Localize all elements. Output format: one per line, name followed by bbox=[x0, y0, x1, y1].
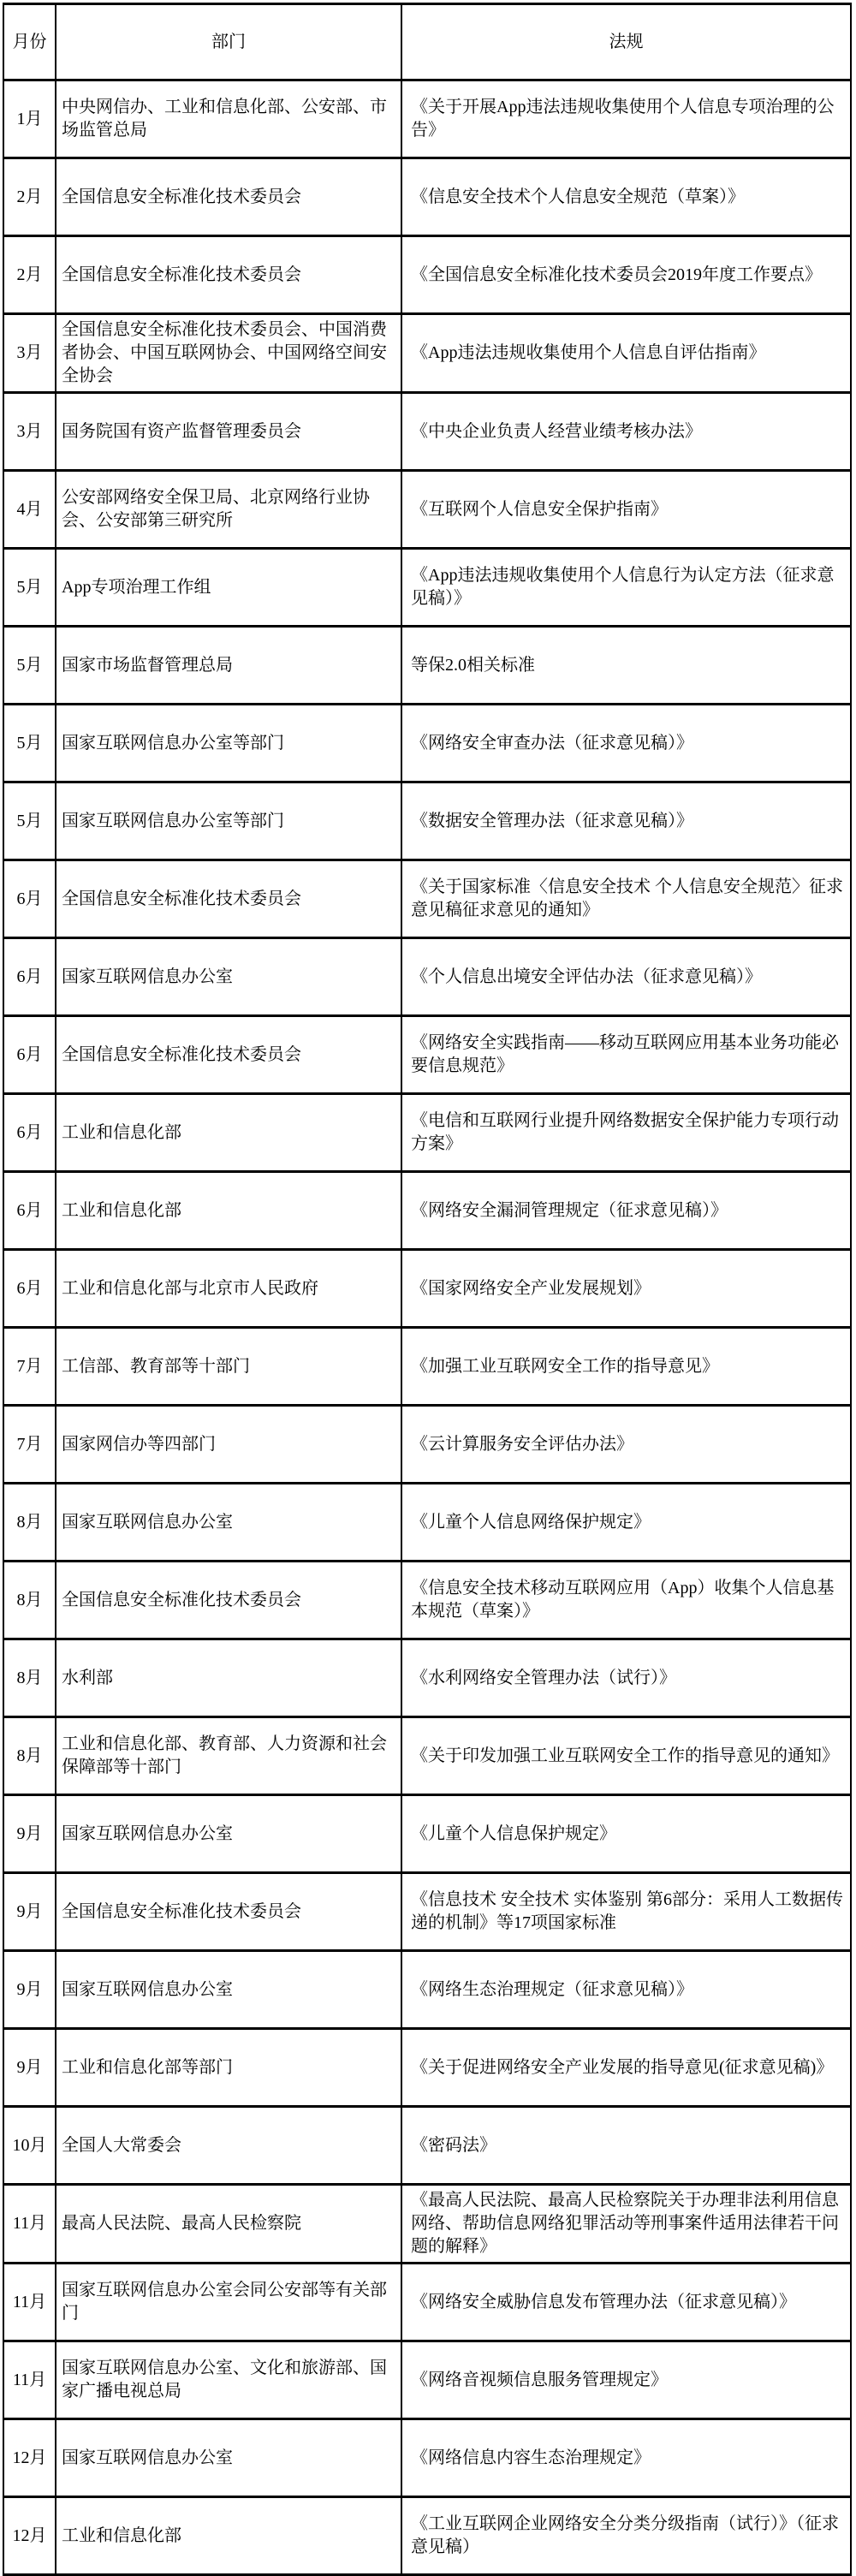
cell-regulation: 《关于印发加强工业互联网安全工作的指导意见的通知》 bbox=[401, 1717, 851, 1795]
cell-month: 2月 bbox=[3, 158, 56, 236]
cell-regulation: 《电信和互联网行业提升网络数据安全保护能力专项行动方案》 bbox=[401, 1094, 851, 1172]
table-row: 6月国家互联网信息办公室《个人信息出境安全评估办法（征求意见稿）》 bbox=[3, 938, 851, 1016]
table-row: 6月工业和信息化部与北京市人民政府《国家网络安全产业发展规划》 bbox=[3, 1250, 851, 1328]
cell-regulation: 《儿童个人信息网络保护规定》 bbox=[401, 1484, 851, 1562]
cell-month: 3月 bbox=[3, 393, 56, 471]
cell-month: 5月 bbox=[3, 782, 56, 860]
cell-month: 9月 bbox=[3, 1873, 56, 1951]
cell-month: 3月 bbox=[3, 314, 56, 393]
cell-department: 国家互联网信息办公室 bbox=[56, 1951, 401, 2029]
cell-month: 10月 bbox=[3, 2107, 56, 2185]
cell-regulation: 《信息安全技术移动互联网应用（App）收集个人信息基本规范（草案）》 bbox=[401, 1562, 851, 1639]
cell-month: 11月 bbox=[3, 2264, 56, 2341]
table-row: 4月公安部网络安全保卫局、北京网络行业协会、公安部第三研究所《互联网个人信息安全… bbox=[3, 471, 851, 549]
table-row: 5月国家市场监督管理总局等保2.0相关标准 bbox=[3, 627, 851, 705]
cell-month: 8月 bbox=[3, 1562, 56, 1639]
cell-month: 5月 bbox=[3, 627, 56, 705]
column-header-month: 月份 bbox=[3, 4, 56, 80]
table-row: 8月国家互联网信息办公室《儿童个人信息网络保护规定》 bbox=[3, 1484, 851, 1562]
table-body: 1月中央网信办、工业和信息化部、公安部、市场监管总局《关于开展App违法违规收集… bbox=[3, 80, 851, 2575]
cell-department: 国家网信办等四部门 bbox=[56, 1406, 401, 1484]
cell-month: 11月 bbox=[3, 2341, 56, 2419]
cell-month: 5月 bbox=[3, 705, 56, 782]
cell-regulation: 《网络安全威胁信息发布管理办法（征求意见稿）》 bbox=[401, 2264, 851, 2341]
cell-month: 2月 bbox=[3, 236, 56, 314]
table-row: 7月工信部、教育部等十部门《加强工业互联网安全工作的指导意见》 bbox=[3, 1328, 851, 1406]
cell-regulation: 《密码法》 bbox=[401, 2107, 851, 2185]
cell-regulation: 《网络安全审查办法（征求意见稿）》 bbox=[401, 705, 851, 782]
cell-month: 6月 bbox=[3, 1016, 56, 1094]
cell-department: 国家互联网信息办公室等部门 bbox=[56, 782, 401, 860]
table-row: 12月国家互联网信息办公室《网络信息内容生态治理规定》 bbox=[3, 2419, 851, 2497]
cell-month: 9月 bbox=[3, 2029, 56, 2107]
table-row: 7月国家网信办等四部门《云计算服务安全评估办法》 bbox=[3, 1406, 851, 1484]
cell-regulation: 《水利网络安全管理办法（试行）》 bbox=[401, 1639, 851, 1717]
cell-month: 7月 bbox=[3, 1406, 56, 1484]
cell-department: App专项治理工作组 bbox=[56, 549, 401, 627]
cell-month: 6月 bbox=[3, 860, 56, 938]
table-row: 5月国家互联网信息办公室等部门《数据安全管理办法（征求意见稿）》 bbox=[3, 782, 851, 860]
cell-department: 公安部网络安全保卫局、北京网络行业协会、公安部第三研究所 bbox=[56, 471, 401, 549]
table-row: 1月中央网信办、工业和信息化部、公安部、市场监管总局《关于开展App违法违规收集… bbox=[3, 80, 851, 158]
cell-regulation: 《关于国家标准〈信息安全技术 个人信息安全规范〉征求意见稿征求意见的通知》 bbox=[401, 860, 851, 938]
cell-month: 6月 bbox=[3, 1172, 56, 1250]
table-row: 8月工业和信息化部、教育部、人力资源和社会保障部等十部门《关于印发加强工业互联网… bbox=[3, 1717, 851, 1795]
cell-month: 9月 bbox=[3, 1951, 56, 2029]
cell-department: 国家市场监督管理总局 bbox=[56, 627, 401, 705]
table-row: 11月最高人民法院、最高人民检察院《最高人民法院、最高人民检察院关于办理非法利用… bbox=[3, 2185, 851, 2264]
cell-department: 国务院国有资产监督管理委员会 bbox=[56, 393, 401, 471]
cell-regulation: 《关于促进网络安全产业发展的指导意见(征求意见稿)》 bbox=[401, 2029, 851, 2107]
cell-regulation: 《云计算服务安全评估办法》 bbox=[401, 1406, 851, 1484]
column-header-department: 部门 bbox=[56, 4, 401, 80]
cell-regulation: 《工业互联网企业网络安全分类分级指南（试行）》（征求意见稿） bbox=[401, 2497, 851, 2575]
cell-regulation: 《儿童个人信息保护规定》 bbox=[401, 1795, 851, 1873]
header-row: 月份 部门 法规 bbox=[3, 4, 851, 80]
table-row: 5月国家互联网信息办公室等部门《网络安全审查办法（征求意见稿）》 bbox=[3, 705, 851, 782]
table-row: 9月国家互联网信息办公室《儿童个人信息保护规定》 bbox=[3, 1795, 851, 1873]
cell-month: 1月 bbox=[3, 80, 56, 158]
cell-department: 国家互联网信息办公室 bbox=[56, 2419, 401, 2497]
cell-month: 4月 bbox=[3, 471, 56, 549]
cell-regulation: 《网络信息内容生态治理规定》 bbox=[401, 2419, 851, 2497]
cell-department: 全国信息安全标准化技术委员会 bbox=[56, 1562, 401, 1639]
cell-regulation: 《加强工业互联网安全工作的指导意见》 bbox=[401, 1328, 851, 1406]
cell-regulation: 《个人信息出境安全评估办法（征求意见稿）》 bbox=[401, 938, 851, 1016]
cell-department: 国家互联网信息办公室 bbox=[56, 1484, 401, 1562]
cell-month: 8月 bbox=[3, 1484, 56, 1562]
cell-month: 6月 bbox=[3, 1094, 56, 1172]
table-row: 12月工业和信息化部《工业互联网企业网络安全分类分级指南（试行）》（征求意见稿） bbox=[3, 2497, 851, 2575]
regulations-table: 月份 部门 法规 1月中央网信办、工业和信息化部、公安部、市场监管总局《关于开展… bbox=[3, 3, 852, 2576]
cell-regulation: 《信息技术 安全技术 实体鉴别 第6部分：采用人工数据传递的机制》等17项国家标… bbox=[401, 1873, 851, 1951]
table-header: 月份 部门 法规 bbox=[3, 4, 851, 80]
cell-department: 中央网信办、工业和信息化部、公安部、市场监管总局 bbox=[56, 80, 401, 158]
table-row: 8月水利部《水利网络安全管理办法（试行）》 bbox=[3, 1639, 851, 1717]
table-row: 5月App专项治理工作组《App违法违规收集使用个人信息行为认定方法（征求意见稿… bbox=[3, 549, 851, 627]
cell-department: 国家互联网信息办公室 bbox=[56, 1795, 401, 1873]
table-row: 3月国务院国有资产监督管理委员会《中央企业负责人经营业绩考核办法》 bbox=[3, 393, 851, 471]
cell-month: 6月 bbox=[3, 1250, 56, 1328]
cell-regulation: 《全国信息安全标准化技术委员会2019年度工作要点》 bbox=[401, 236, 851, 314]
table-row: 8月全国信息安全标准化技术委员会《信息安全技术移动互联网应用（App）收集个人信… bbox=[3, 1562, 851, 1639]
cell-department: 国家互联网信息办公室等部门 bbox=[56, 705, 401, 782]
table-row: 11月国家互联网信息办公室、文化和旅游部、国家广播电视总局《网络音视频信息服务管… bbox=[3, 2341, 851, 2419]
cell-month: 9月 bbox=[3, 1795, 56, 1873]
table-row: 3月全国信息安全标准化技术委员会、中国消费者协会、中国互联网协会、中国网络空间安… bbox=[3, 314, 851, 393]
table-row: 6月全国信息安全标准化技术委员会《网络安全实践指南——移动互联网应用基本业务功能… bbox=[3, 1016, 851, 1094]
cell-regulation: 《网络音视频信息服务管理规定》 bbox=[401, 2341, 851, 2419]
cell-regulation: 《中央企业负责人经营业绩考核办法》 bbox=[401, 393, 851, 471]
cell-regulation: 《最高人民法院、最高人民检察院关于办理非法利用信息网络、帮助信息网络犯罪活动等刑… bbox=[401, 2185, 851, 2264]
table-row: 9月全国信息安全标准化技术委员会《信息技术 安全技术 实体鉴别 第6部分：采用人… bbox=[3, 1873, 851, 1951]
cell-department: 工信部、教育部等十部门 bbox=[56, 1328, 401, 1406]
cell-month: 12月 bbox=[3, 2497, 56, 2575]
cell-department: 全国信息安全标准化技术委员会 bbox=[56, 236, 401, 314]
cell-regulation: 《关于开展App违法违规收集使用个人信息专项治理的公告》 bbox=[401, 80, 851, 158]
cell-department: 工业和信息化部 bbox=[56, 1094, 401, 1172]
cell-month: 8月 bbox=[3, 1639, 56, 1717]
cell-department: 国家互联网信息办公室 bbox=[56, 938, 401, 1016]
cell-regulation: 《App违法违规收集使用个人信息行为认定方法（征求意见稿）》 bbox=[401, 549, 851, 627]
cell-department: 工业和信息化部 bbox=[56, 2497, 401, 2575]
cell-month: 11月 bbox=[3, 2185, 56, 2264]
table-row: 10月全国人大常委会《密码法》 bbox=[3, 2107, 851, 2185]
table-row: 2月全国信息安全标准化技术委员会《全国信息安全标准化技术委员会2019年度工作要… bbox=[3, 236, 851, 314]
cell-department: 水利部 bbox=[56, 1639, 401, 1717]
table-row: 6月全国信息安全标准化技术委员会《关于国家标准〈信息安全技术 个人信息安全规范〉… bbox=[3, 860, 851, 938]
cell-department: 工业和信息化部 bbox=[56, 1172, 401, 1250]
cell-department: 最高人民法院、最高人民检察院 bbox=[56, 2185, 401, 2264]
cell-regulation: 《App违法违规收集使用个人信息自评估指南》 bbox=[401, 314, 851, 393]
cell-month: 5月 bbox=[3, 549, 56, 627]
cell-department: 全国信息安全标准化技术委员会 bbox=[56, 860, 401, 938]
cell-department: 全国信息安全标准化技术委员会 bbox=[56, 1016, 401, 1094]
cell-department: 全国人大常委会 bbox=[56, 2107, 401, 2185]
cell-department: 全国信息安全标准化技术委员会、中国消费者协会、中国互联网协会、中国网络空间安全协… bbox=[56, 314, 401, 393]
cell-regulation: 等保2.0相关标准 bbox=[401, 627, 851, 705]
table-row: 11月国家互联网信息办公室会同公安部等有关部门《网络安全威胁信息发布管理办法（征… bbox=[3, 2264, 851, 2341]
cell-regulation: 《互联网个人信息安全保护指南》 bbox=[401, 471, 851, 549]
cell-department: 国家互联网信息办公室、文化和旅游部、国家广播电视总局 bbox=[56, 2341, 401, 2419]
cell-regulation: 《网络安全漏洞管理规定（征求意见稿）》 bbox=[401, 1172, 851, 1250]
cell-regulation: 《数据安全管理办法（征求意见稿）》 bbox=[401, 782, 851, 860]
table-row: 9月国家互联网信息办公室《网络生态治理规定（征求意见稿）》 bbox=[3, 1951, 851, 2029]
table-row: 2月全国信息安全标准化技术委员会《信息安全技术个人信息安全规范（草案）》 bbox=[3, 158, 851, 236]
cell-regulation: 《信息安全技术个人信息安全规范（草案）》 bbox=[401, 158, 851, 236]
cell-department: 全国信息安全标准化技术委员会 bbox=[56, 158, 401, 236]
cell-department: 工业和信息化部等部门 bbox=[56, 2029, 401, 2107]
cell-month: 8月 bbox=[3, 1717, 56, 1795]
cell-month: 12月 bbox=[3, 2419, 56, 2497]
table-row: 9月工业和信息化部等部门《关于促进网络安全产业发展的指导意见(征求意见稿)》 bbox=[3, 2029, 851, 2107]
cell-department: 国家互联网信息办公室会同公安部等有关部门 bbox=[56, 2264, 401, 2341]
cell-regulation: 《国家网络安全产业发展规划》 bbox=[401, 1250, 851, 1328]
table-row: 6月工业和信息化部《网络安全漏洞管理规定（征求意见稿）》 bbox=[3, 1172, 851, 1250]
cell-month: 6月 bbox=[3, 938, 56, 1016]
table-row: 6月工业和信息化部《电信和互联网行业提升网络数据安全保护能力专项行动方案》 bbox=[3, 1094, 851, 1172]
cell-department: 全国信息安全标准化技术委员会 bbox=[56, 1873, 401, 1951]
cell-regulation: 《网络安全实践指南——移动互联网应用基本业务功能必要信息规范》 bbox=[401, 1016, 851, 1094]
cell-department: 工业和信息化部、教育部、人力资源和社会保障部等十部门 bbox=[56, 1717, 401, 1795]
cell-month: 7月 bbox=[3, 1328, 56, 1406]
column-header-regulation: 法规 bbox=[401, 4, 851, 80]
cell-regulation: 《网络生态治理规定（征求意见稿）》 bbox=[401, 1951, 851, 2029]
cell-department: 工业和信息化部与北京市人民政府 bbox=[56, 1250, 401, 1328]
